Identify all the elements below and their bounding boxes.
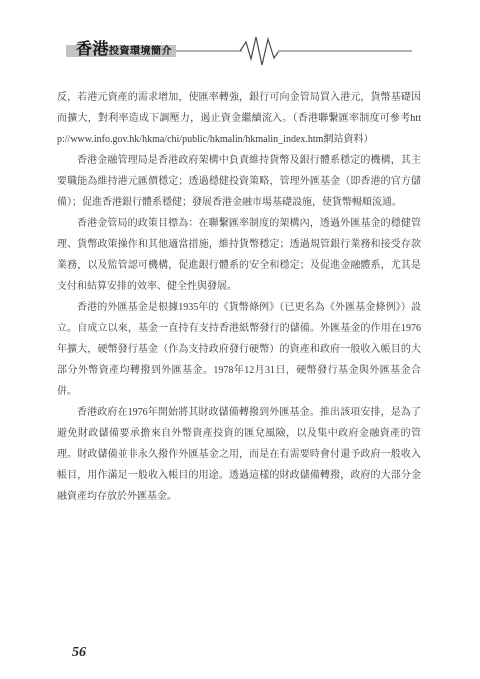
pulse-zigzag-icon bbox=[176, 32, 412, 72]
page-title-main: 香港 bbox=[76, 41, 109, 58]
page-title: 香港投資環境簡介 bbox=[76, 36, 172, 59]
body-paragraph: 香港金管局的政策目標為：在聯繫匯率制度的架構內，透過外匯基金的穩健管理、貨幣政策… bbox=[57, 213, 421, 297]
document-page: 香港投資環境簡介 反，若港元資產的需求增加，使匯率轉強，銀行可向金管局買入港元，… bbox=[0, 0, 480, 679]
page-title-sub: 投資環境簡介 bbox=[109, 46, 172, 57]
body-paragraph: 香港金融管理局是香港政府架構中負責維持貨幣及銀行體系穩定的機構，其主要職能為維持… bbox=[57, 150, 421, 213]
body-text: 反，若港元資產的需求增加，使匯率轉強，銀行可向金管局買入港元，貨幣基礎因而擴大，… bbox=[57, 87, 421, 507]
body-paragraph: 反，若港元資產的需求增加，使匯率轉強，銀行可向金管局買入港元，貨幣基礎因而擴大，… bbox=[57, 87, 421, 150]
page-number: 56 bbox=[72, 645, 86, 661]
body-paragraph: 香港的外匯基金是根據1935年的《貨幣條例》（已更名為《外匯基金條例》）設立。自… bbox=[57, 297, 421, 402]
body-paragraph: 香港政府在1976年開始將其財政儲備轉撥到外匯基金。推出該項安排，是為了避免財政… bbox=[57, 402, 421, 507]
